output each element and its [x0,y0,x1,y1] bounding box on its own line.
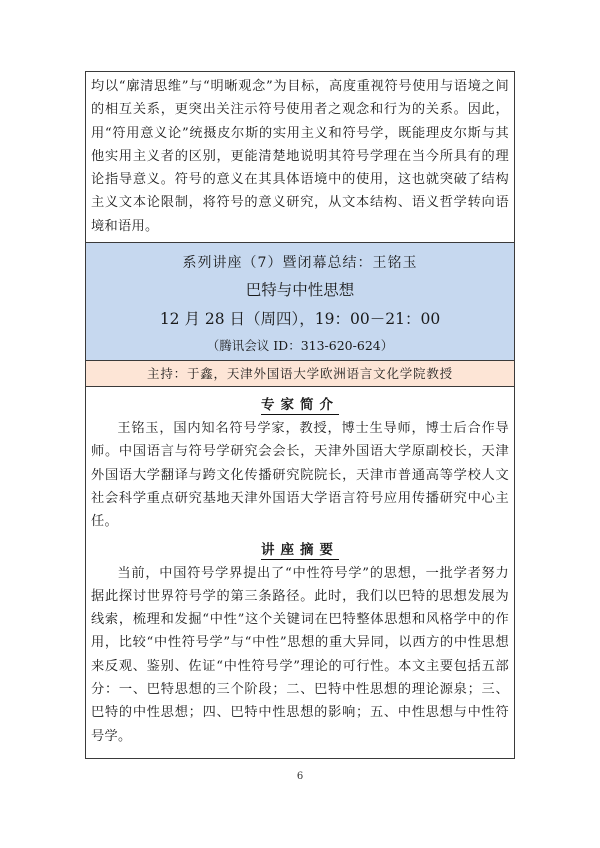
lecture-title: 巴特与中性思想 [86,276,514,304]
abstract-heading: 讲座摘要 [86,538,514,560]
host-band: 主持：于鑫，天津外国语大学欧洲语言文化学院教授 [86,361,514,387]
details-section: 专家简介 王铭玉，国内知名符号学家，教授，博士生导师，博士后合作导师。中国语言与… [86,393,514,758]
lecture-datetime: 12 月 28 日（周四），19：00－21：00 [86,304,514,334]
intro-section: 均以“廓清思维”与“明晰观念”为目标，高度重视符号使用与语境之间的相互关系，更突… [86,72,514,243]
intro-paragraph: 均以“廓清思维”与“明晰观念”为目标，高度重视符号使用与语境之间的相互关系，更突… [86,72,514,242]
expert-heading: 专家简介 [86,393,514,415]
series-line: 系列讲座（7）暨闭幕总结：王铭玉 [86,243,514,276]
expert-bio: 王铭玉，国内知名符号学家，教授，博士生导师，博士后合作导师。中国语言与符号学研究… [86,415,514,537]
lecture-info-band: 系列讲座（7）暨闭幕总结：王铭玉 巴特与中性思想 12 月 28 日（周四），1… [86,243,514,361]
meeting-id: （腾讯会议 ID：313-620-624） [86,334,514,358]
lecture-table: 均以“廓清思维”与“明晰观念”为目标，高度重视符号使用与语境之间的相互关系，更突… [85,71,515,759]
host-info: 主持：于鑫，天津外国语大学欧洲语言文化学院教授 [147,366,453,381]
page-number: 6 [0,771,600,782]
abstract-text: 当前，中国符号学界提出了“中性符号学”的思想，一批学者努力据此探讨世界符号学的第… [86,560,514,752]
